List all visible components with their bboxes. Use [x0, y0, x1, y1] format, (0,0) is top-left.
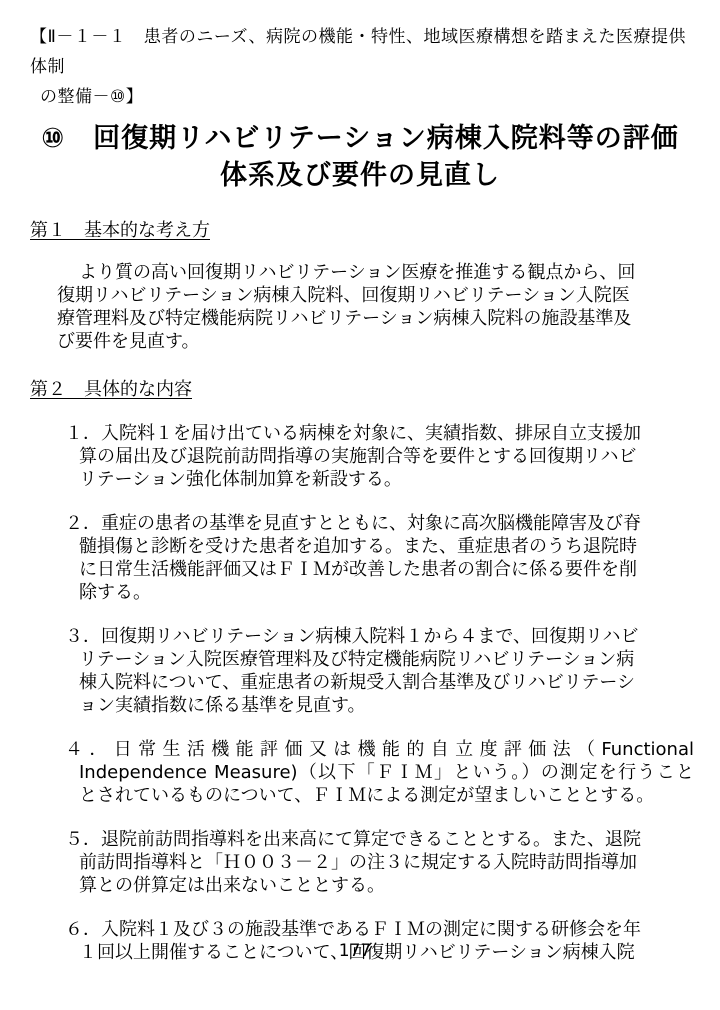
list-item-2: ２．重症の患者の基準を見直すとともに、対象に高次脳機能障害及び脊 髄損傷と診断を…	[65, 512, 694, 604]
section-basic-policy: 第１ 基本的な考え方 より質の高い回復期リハビリテーション医療を推進する観点から…	[0, 220, 720, 353]
document-title: ⑩ 回復期リハビリテーション病棟入院料等の評価 体系及び要件の見直し	[10, 120, 710, 194]
header-line-1: 【Ⅱ－１－１ 患者のニーズ、病院の機能・特性、地域医療構想を踏まえた医療提供体制	[30, 22, 694, 82]
text-line: 前訪問指導料と「Ｈ００３－２」の注３に規定する入院時訪問指導加	[65, 851, 694, 874]
title-line-1: ⑩ 回復期リハビリテーション病棟入院料等の評価	[10, 120, 710, 157]
text-line: 棟入院料について、重症患者の新規受入割合基準及びリハビリテーシ	[65, 671, 694, 694]
text-line: 髄損傷と診断を受けた患者を追加する。また、重症患者のうち退院時	[65, 535, 694, 558]
text-line: とされているものについて、ＦＩＭによる測定が望ましいこととする。	[65, 784, 694, 807]
section-1-heading: 第１ 基本的な考え方	[30, 220, 720, 242]
text-line: ョン実績指数に係る基準を見直す。	[65, 694, 694, 717]
text-line: １．入院料１を届け出ている病棟を対象に、実績指数、排尿自立支援加	[65, 422, 694, 445]
text-line: ３．回復期リハビリテーション病棟入院料１から４まで、回復期リハビ	[65, 625, 694, 648]
list-item-1: １．入院料１を届け出ている病棟を対象に、実績指数、排尿自立支援加 算の届出及び退…	[65, 422, 694, 491]
text-line: 算の届出及び退院前訪問指導の実施割合等を要件とする回復期リハビ	[65, 445, 694, 468]
text-line: に日常生活機能評価又はＦＩＭが改善した患者の割合に係る要件を削	[65, 558, 694, 581]
text-line: ４．日常生活機能評価又は機能的自立度評価法（Functional	[65, 738, 694, 761]
section-specific-contents: 第２ 具体的な内容 １．入院料１を届け出ている病棟を対象に、実績指数、排尿自立支…	[0, 379, 720, 964]
list-item-5: ５．退院前訪問指導料を出来高にて算定できることとする。また、退院 前訪問指導料と…	[65, 828, 694, 897]
text-line: リテーション入院医療管理料及び特定機能病院リハビリテーション病	[65, 648, 694, 671]
numbered-list: １．入院料１を届け出ている病棟を対象に、実績指数、排尿自立支援加 算の届出及び退…	[65, 422, 694, 964]
section-1-paragraph: より質の高い回復期リハビリテーション医療を推進する観点から、回 復期リハビリテー…	[57, 261, 694, 353]
list-item-4: ４．日常生活機能評価又は機能的自立度評価法（Functional Indepen…	[65, 738, 694, 807]
text-line: Independence Measure)（以下「ＦＩＭ」という。）の測定を行う…	[65, 761, 694, 784]
text-line: 除する。	[65, 581, 694, 604]
text-line: 復期リハビリテーション病棟入院料、回復期リハビリテーション入院医	[57, 284, 694, 307]
title-line-2: 体系及び要件の見直し	[10, 157, 710, 194]
document-page: 【Ⅱ－１－１ 患者のニーズ、病院の機能・特性、地域医療構想を踏まえた医療提供体制…	[0, 0, 720, 1010]
text-line: ６．入院料１及び３の施設基準であるＦＩＭの測定に関する研修会を年	[65, 918, 694, 941]
text-line: ５．退院前訪問指導料を出来高にて算定できることとする。また、退院	[65, 828, 694, 851]
header-line-2: の整備－⑩】	[30, 82, 694, 112]
text-line: 算との併算定は出来ないこととする。	[65, 874, 694, 897]
bracket-header: 【Ⅱ－１－１ 患者のニーズ、病院の機能・特性、地域医療構想を踏まえた医療提供体制…	[0, 0, 720, 112]
text-line: ２．重症の患者の基準を見直すとともに、対象に高次脳機能障害及び脊	[65, 512, 694, 535]
text-line: 療管理料及び特定機能病院リハビリテーション病棟入院料の施設基準及	[57, 307, 694, 330]
text-line: より質の高い回復期リハビリテーション医療を推進する観点から、回	[57, 261, 694, 284]
list-item-3: ３．回復期リハビリテーション病棟入院料１から４まで、回復期リハビ リテーション入…	[65, 625, 694, 717]
text-line: び要件を見直す。	[57, 330, 694, 353]
page-number: 177	[0, 940, 710, 962]
text-line: リテーション強化体制加算を新設する。	[65, 468, 694, 491]
section-2-heading: 第２ 具体的な内容	[30, 379, 720, 401]
